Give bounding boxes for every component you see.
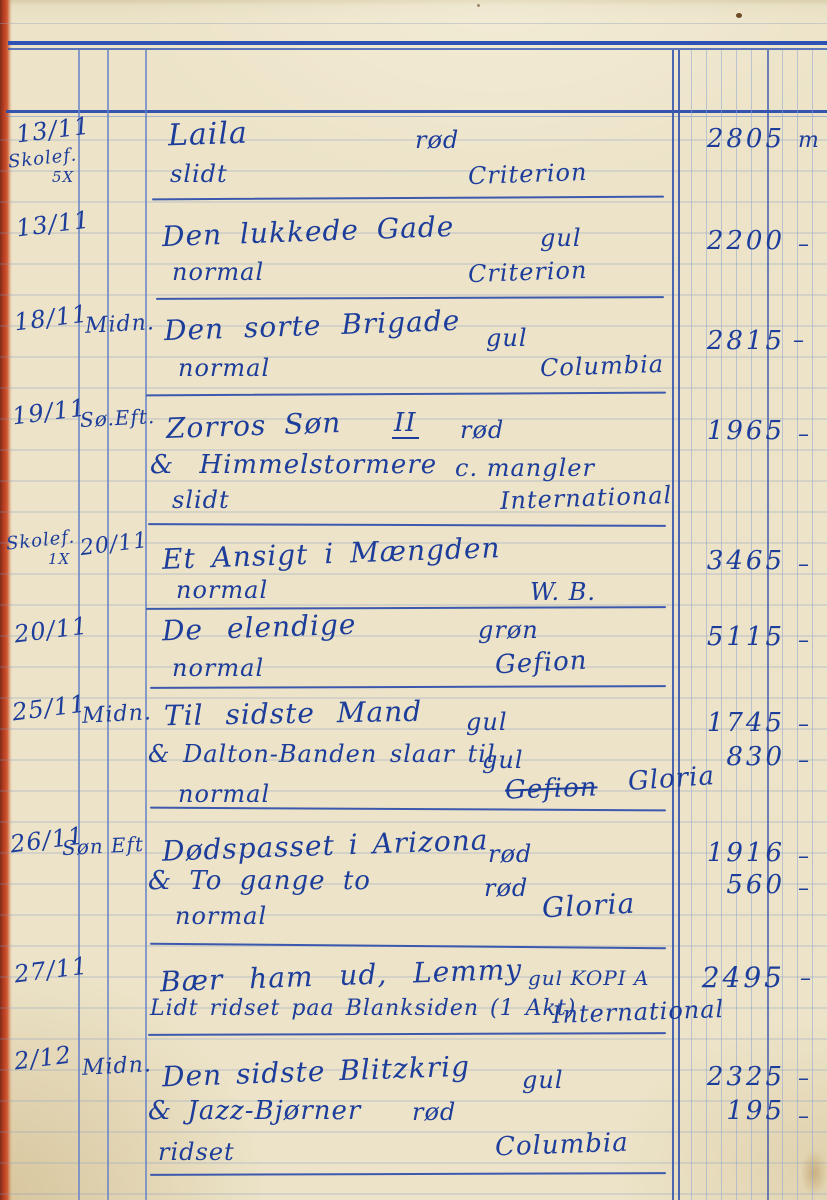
entry-title-2: & Jazz-Bjørner	[148, 1098, 361, 1124]
entry-amount-2-suffix: –	[798, 878, 810, 900]
entry-distributor: W. B.	[530, 580, 596, 604]
header-heavy-rule-2	[8, 48, 827, 50]
entry-condition: normal	[175, 904, 267, 928]
paper-speck	[477, 4, 480, 7]
entry-title: Bær ham ud, Lemmy	[160, 956, 523, 997]
entry-amount: 2805	[693, 126, 785, 152]
entry-amount-2-suffix: –	[798, 750, 810, 772]
entry-session: Sø.Eft.	[80, 406, 156, 430]
entry-separator-line	[150, 1172, 666, 1176]
entry-amount: 1745	[693, 710, 785, 736]
entry-date: 18/11	[13, 302, 90, 335]
entry-color-2: gul	[482, 748, 524, 772]
entry-color-2: rød	[412, 1100, 456, 1124]
entry-color-2: rød	[484, 876, 528, 900]
entry-condition: slidt	[172, 488, 230, 512]
entry-date: 27/11	[13, 954, 90, 987]
entry-condition: normal	[178, 782, 270, 806]
entry-amount-2: 830	[693, 744, 785, 770]
top-faint-rule	[0, 23, 827, 24]
entry-color: rød	[460, 418, 504, 442]
entry-amount: 5115	[693, 624, 785, 650]
entry-amount-suffix: –	[798, 846, 810, 868]
entry-color: gul	[466, 710, 508, 734]
entry-date: 25/11	[11, 692, 88, 725]
entry-separator-line	[150, 943, 666, 950]
entry-distributor-struck: Gefion	[505, 774, 598, 803]
grid-line	[797, 50, 798, 1200]
entry-color: rød	[415, 128, 459, 152]
entry-title-2: & To gange to	[148, 868, 371, 894]
entry-separator-line	[156, 296, 664, 300]
ledger-page: 13/11 Skolef. 5X Laila rød slidt Criteri…	[0, 0, 827, 1200]
entry-separator-line	[152, 196, 664, 201]
entry-date: 13/11	[15, 114, 92, 147]
entry-amount: 2815	[693, 328, 785, 354]
paper-tear	[801, 1150, 827, 1196]
entry-distributor: Gefion	[494, 648, 588, 679]
entry-title: De elendige	[162, 611, 357, 646]
entry-amount-2-suffix: –	[798, 1106, 810, 1128]
entry-color: gul KOPI A	[528, 968, 649, 988]
entry-separator-line	[146, 392, 666, 397]
printed-ruling	[0, 110, 827, 1200]
entry-title-2: Lidt ridset paa Blanksiden (1 Akt)	[150, 998, 576, 1020]
entry-separator-line	[146, 606, 666, 610]
entry-date: 19/11	[11, 396, 88, 429]
entry-amount: 2200	[693, 228, 785, 254]
entry-distributor: Criterion	[468, 258, 588, 286]
grid-line	[691, 50, 692, 1200]
entry-amount-suffix: m	[798, 130, 820, 152]
entry-amount: 2325	[693, 1064, 785, 1090]
entry-amount: 3465	[693, 548, 785, 574]
entry-color: rød	[488, 842, 532, 866]
entry-color: gul	[540, 226, 582, 250]
entry-date: 20/11	[13, 614, 90, 647]
column-line	[145, 50, 147, 1200]
table-top-rule	[6, 110, 827, 113]
entry-condition: normal	[178, 356, 270, 380]
entry-amount-suffix: –	[798, 554, 810, 576]
entry-distributor: Criterion	[468, 160, 588, 188]
entry-date: 2/12	[13, 1043, 73, 1074]
entry-color: gul	[522, 1068, 564, 1092]
entry-session: Midn.	[81, 1054, 152, 1080]
entry-note: c. mangler	[455, 456, 595, 480]
entry-distributor: Gloria	[541, 890, 636, 923]
entry-distributor: Columbia	[495, 1130, 630, 1161]
column-line	[107, 50, 109, 1200]
column-line-amount-left	[672, 50, 674, 1200]
entry-margin-note-sub: 5X	[52, 170, 74, 185]
entry-margin-note-sub: 1X	[48, 552, 70, 567]
binding-red-edge	[0, 0, 12, 1200]
entry-amount-suffix: –	[798, 1068, 810, 1090]
entry-distributor: International	[500, 483, 673, 513]
entry-title: Dødspasset i Arizona	[162, 826, 489, 865]
header-heavy-rule	[8, 41, 827, 45]
entry-session: Midn.	[84, 312, 155, 338]
entry-title: Til sidste Mand	[164, 698, 423, 731]
entry-condition: ridset	[158, 1140, 235, 1164]
entry-session: Søn Eft	[62, 834, 145, 858]
entry-color: gul	[486, 326, 528, 350]
entry-amount-suffix: –	[798, 234, 810, 256]
entry-distributor: Columbia	[540, 352, 665, 380]
entry-amount-2: 560	[693, 872, 785, 898]
entry-date: 20/11	[79, 530, 150, 560]
entry-amount-suffix: –	[793, 330, 805, 352]
entry-session: Midn.	[81, 702, 152, 728]
entry-title: Laila	[168, 119, 249, 152]
entry-amount-2: 195	[693, 1098, 785, 1124]
grid-line	[812, 50, 813, 1200]
entry-title: Zorros Søn	[166, 409, 342, 443]
paper-speck	[736, 13, 742, 18]
entry-date: 13/11	[15, 208, 92, 241]
entry-separator-line	[150, 807, 666, 812]
entry-separator-line	[148, 1032, 666, 1036]
entry-title: Den sidste Blitzkrig	[162, 1053, 471, 1092]
entry-condition: normal	[172, 656, 264, 680]
entry-separator-line	[148, 523, 666, 527]
entry-condition: normal	[176, 578, 268, 602]
entry-condition: normal	[172, 260, 264, 284]
entry-distributor: International	[552, 997, 725, 1027]
entry-condition: slidt	[170, 162, 228, 186]
entry-separator-line	[150, 685, 666, 689]
entry-amount: 1965	[693, 418, 785, 444]
entry-amount-suffix: –	[798, 424, 810, 446]
entry-amount: 2495	[693, 964, 785, 992]
entry-title-numeral: II	[392, 410, 419, 439]
entry-title: Et Ansigt i Mængden	[162, 534, 501, 574]
entry-title: Den sorte Brigade	[164, 307, 461, 345]
entry-amount-suffix: –	[798, 630, 810, 652]
entry-title-2: & Dalton-Banden slaar til	[148, 742, 496, 766]
entry-amount-suffix: –	[800, 968, 812, 990]
entry-amount: 1916	[693, 840, 785, 866]
column-line-amount-left-2	[678, 50, 680, 1200]
entry-title-2: & Himmelstormere	[150, 452, 437, 478]
table-top-rule-2	[6, 116, 827, 117]
entry-amount-suffix: –	[798, 714, 810, 736]
entry-color: grøn	[478, 618, 539, 642]
entry-title: Den lukkede Gade	[162, 213, 455, 251]
